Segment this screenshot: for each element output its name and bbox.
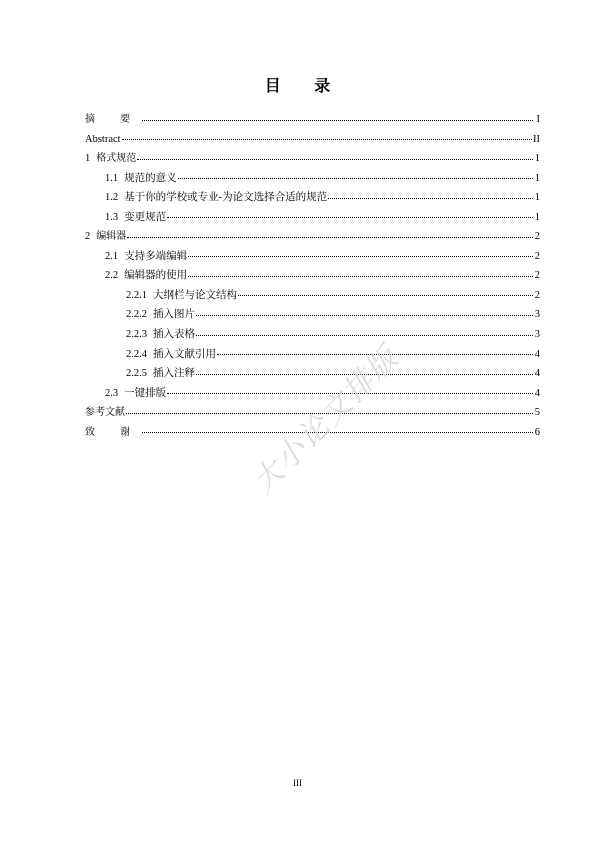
toc-entry-page: II xyxy=(533,130,540,150)
dot-leader xyxy=(238,294,533,296)
dot-leader xyxy=(127,236,533,238)
toc-entry-label: 编辑器的使用 xyxy=(124,266,187,286)
toc-entry-subsection-2-2-4[interactable]: 2.2.4 插入文献引用 4 xyxy=(85,345,540,365)
toc-entry-abstract-en[interactable]: Abstract II xyxy=(85,130,540,150)
toc-entry-page: 2 xyxy=(534,286,540,306)
toc-entry-page: I xyxy=(534,110,540,130)
toc-entry-page: 2 xyxy=(534,227,540,247)
toc-entry-page: 2 xyxy=(534,266,540,286)
toc-entry-page: 1 xyxy=(534,149,540,169)
toc-entry-label: 格式规范 xyxy=(96,149,136,169)
dot-leader xyxy=(142,119,533,121)
toc-entry-label: 支持多端编辑 xyxy=(124,247,187,267)
toc-entry-label: 致 谢 xyxy=(85,423,141,443)
toc-entry-section-2-2[interactable]: 2.2 编辑器的使用 2 xyxy=(85,266,540,286)
table-of-contents: 摘 要 I Abstract II 1 格式规范 1 1.1 规范的意义 1 1… xyxy=(85,110,540,442)
page-number: III xyxy=(0,778,595,788)
toc-entry-number: 2.2.4 xyxy=(126,345,147,365)
toc-entry-subsection-2-2-5[interactable]: 2.2.5 插入注释 4 xyxy=(85,364,540,384)
toc-entry-label: 编辑器 xyxy=(96,227,126,247)
toc-entry-label: 插入表格 xyxy=(153,325,195,345)
toc-entry-section-1-1[interactable]: 1.1 规范的意义 1 xyxy=(85,169,540,189)
toc-entry-label: 插入文献引用 xyxy=(153,345,216,365)
toc-entry-subsection-2-2-3[interactable]: 2.2.3 插入表格 3 xyxy=(85,325,540,345)
toc-entry-section-1-2[interactable]: 1.2 基于你的学校或专业-为论文选择合适的规范 1 xyxy=(85,188,540,208)
toc-entry-label: 变更规范 xyxy=(124,208,166,228)
dot-leader xyxy=(122,138,532,140)
dot-leader xyxy=(196,314,533,316)
toc-entry-number: 2.2.2 xyxy=(126,305,147,325)
dot-leader xyxy=(328,197,533,199)
toc-entry-page: 4 xyxy=(534,384,540,404)
toc-entry-number: 2.2 xyxy=(105,266,118,286)
toc-entry-number: 2.2.1 xyxy=(126,286,147,306)
toc-entry-subsection-2-2-2[interactable]: 2.2.2 插入图片 3 xyxy=(85,305,540,325)
toc-entry-label: 基于你的学校或专业-为论文选择合适的规范 xyxy=(124,188,327,208)
toc-entry-page: 1 xyxy=(534,208,540,228)
dot-leader xyxy=(137,158,533,160)
toc-entry-number: 1.2 xyxy=(105,188,118,208)
toc-entry-number: 2 xyxy=(85,227,90,247)
toc-entry-page: 2 xyxy=(534,247,540,267)
toc-entry-subsection-2-2-1[interactable]: 2.2.1 大纲栏与论文结构 2 xyxy=(85,286,540,306)
toc-entry-label: Abstract xyxy=(85,130,121,150)
toc-entry-label: 规范的意义 xyxy=(124,169,177,189)
toc-entry-chapter-2[interactable]: 2 编辑器 2 xyxy=(85,227,540,247)
toc-entry-number: 2.2.5 xyxy=(126,364,147,384)
toc-entry-number: 1 xyxy=(85,149,90,169)
dot-leader xyxy=(167,216,533,218)
dot-leader xyxy=(196,334,533,336)
toc-entry-label: 插入注释 xyxy=(153,364,195,384)
toc-entry-page: 3 xyxy=(534,305,540,325)
toc-entry-number: 2.2.3 xyxy=(126,325,147,345)
toc-entry-label: 大纲栏与论文结构 xyxy=(153,286,237,306)
toc-entry-page: 6 xyxy=(534,423,540,443)
toc-entry-number: 1.3 xyxy=(105,208,118,228)
toc-entry-number: 1.1 xyxy=(105,169,118,189)
toc-entry-page: 1 xyxy=(534,169,540,189)
dot-leader xyxy=(188,275,533,277)
dot-leader xyxy=(178,177,533,179)
toc-entry-section-2-1[interactable]: 2.1 支持多端编辑 2 xyxy=(85,247,540,267)
toc-entry-abstract-zh[interactable]: 摘 要 I xyxy=(85,110,540,130)
toc-entry-section-1-3[interactable]: 1.3 变更规范 1 xyxy=(85,208,540,228)
toc-entry-label: 插入图片 xyxy=(153,305,195,325)
toc-entry-page: 3 xyxy=(534,325,540,345)
toc-entry-page: 4 xyxy=(534,345,540,365)
toc-entry-chapter-1[interactable]: 1 格式规范 1 xyxy=(85,149,540,169)
toc-entry-page: 5 xyxy=(534,403,540,423)
page-title: 目 录 xyxy=(0,76,595,96)
toc-entry-page: 4 xyxy=(534,364,540,384)
toc-entry-label: 一键排版 xyxy=(124,384,166,404)
toc-entry-label: 参考文献 xyxy=(85,403,125,423)
toc-entry-page: 1 xyxy=(534,188,540,208)
dot-leader xyxy=(188,255,533,257)
toc-entry-number: 2.3 xyxy=(105,384,118,404)
toc-entry-number: 2.1 xyxy=(105,247,118,267)
toc-entry-label: 摘 要 xyxy=(85,110,141,130)
